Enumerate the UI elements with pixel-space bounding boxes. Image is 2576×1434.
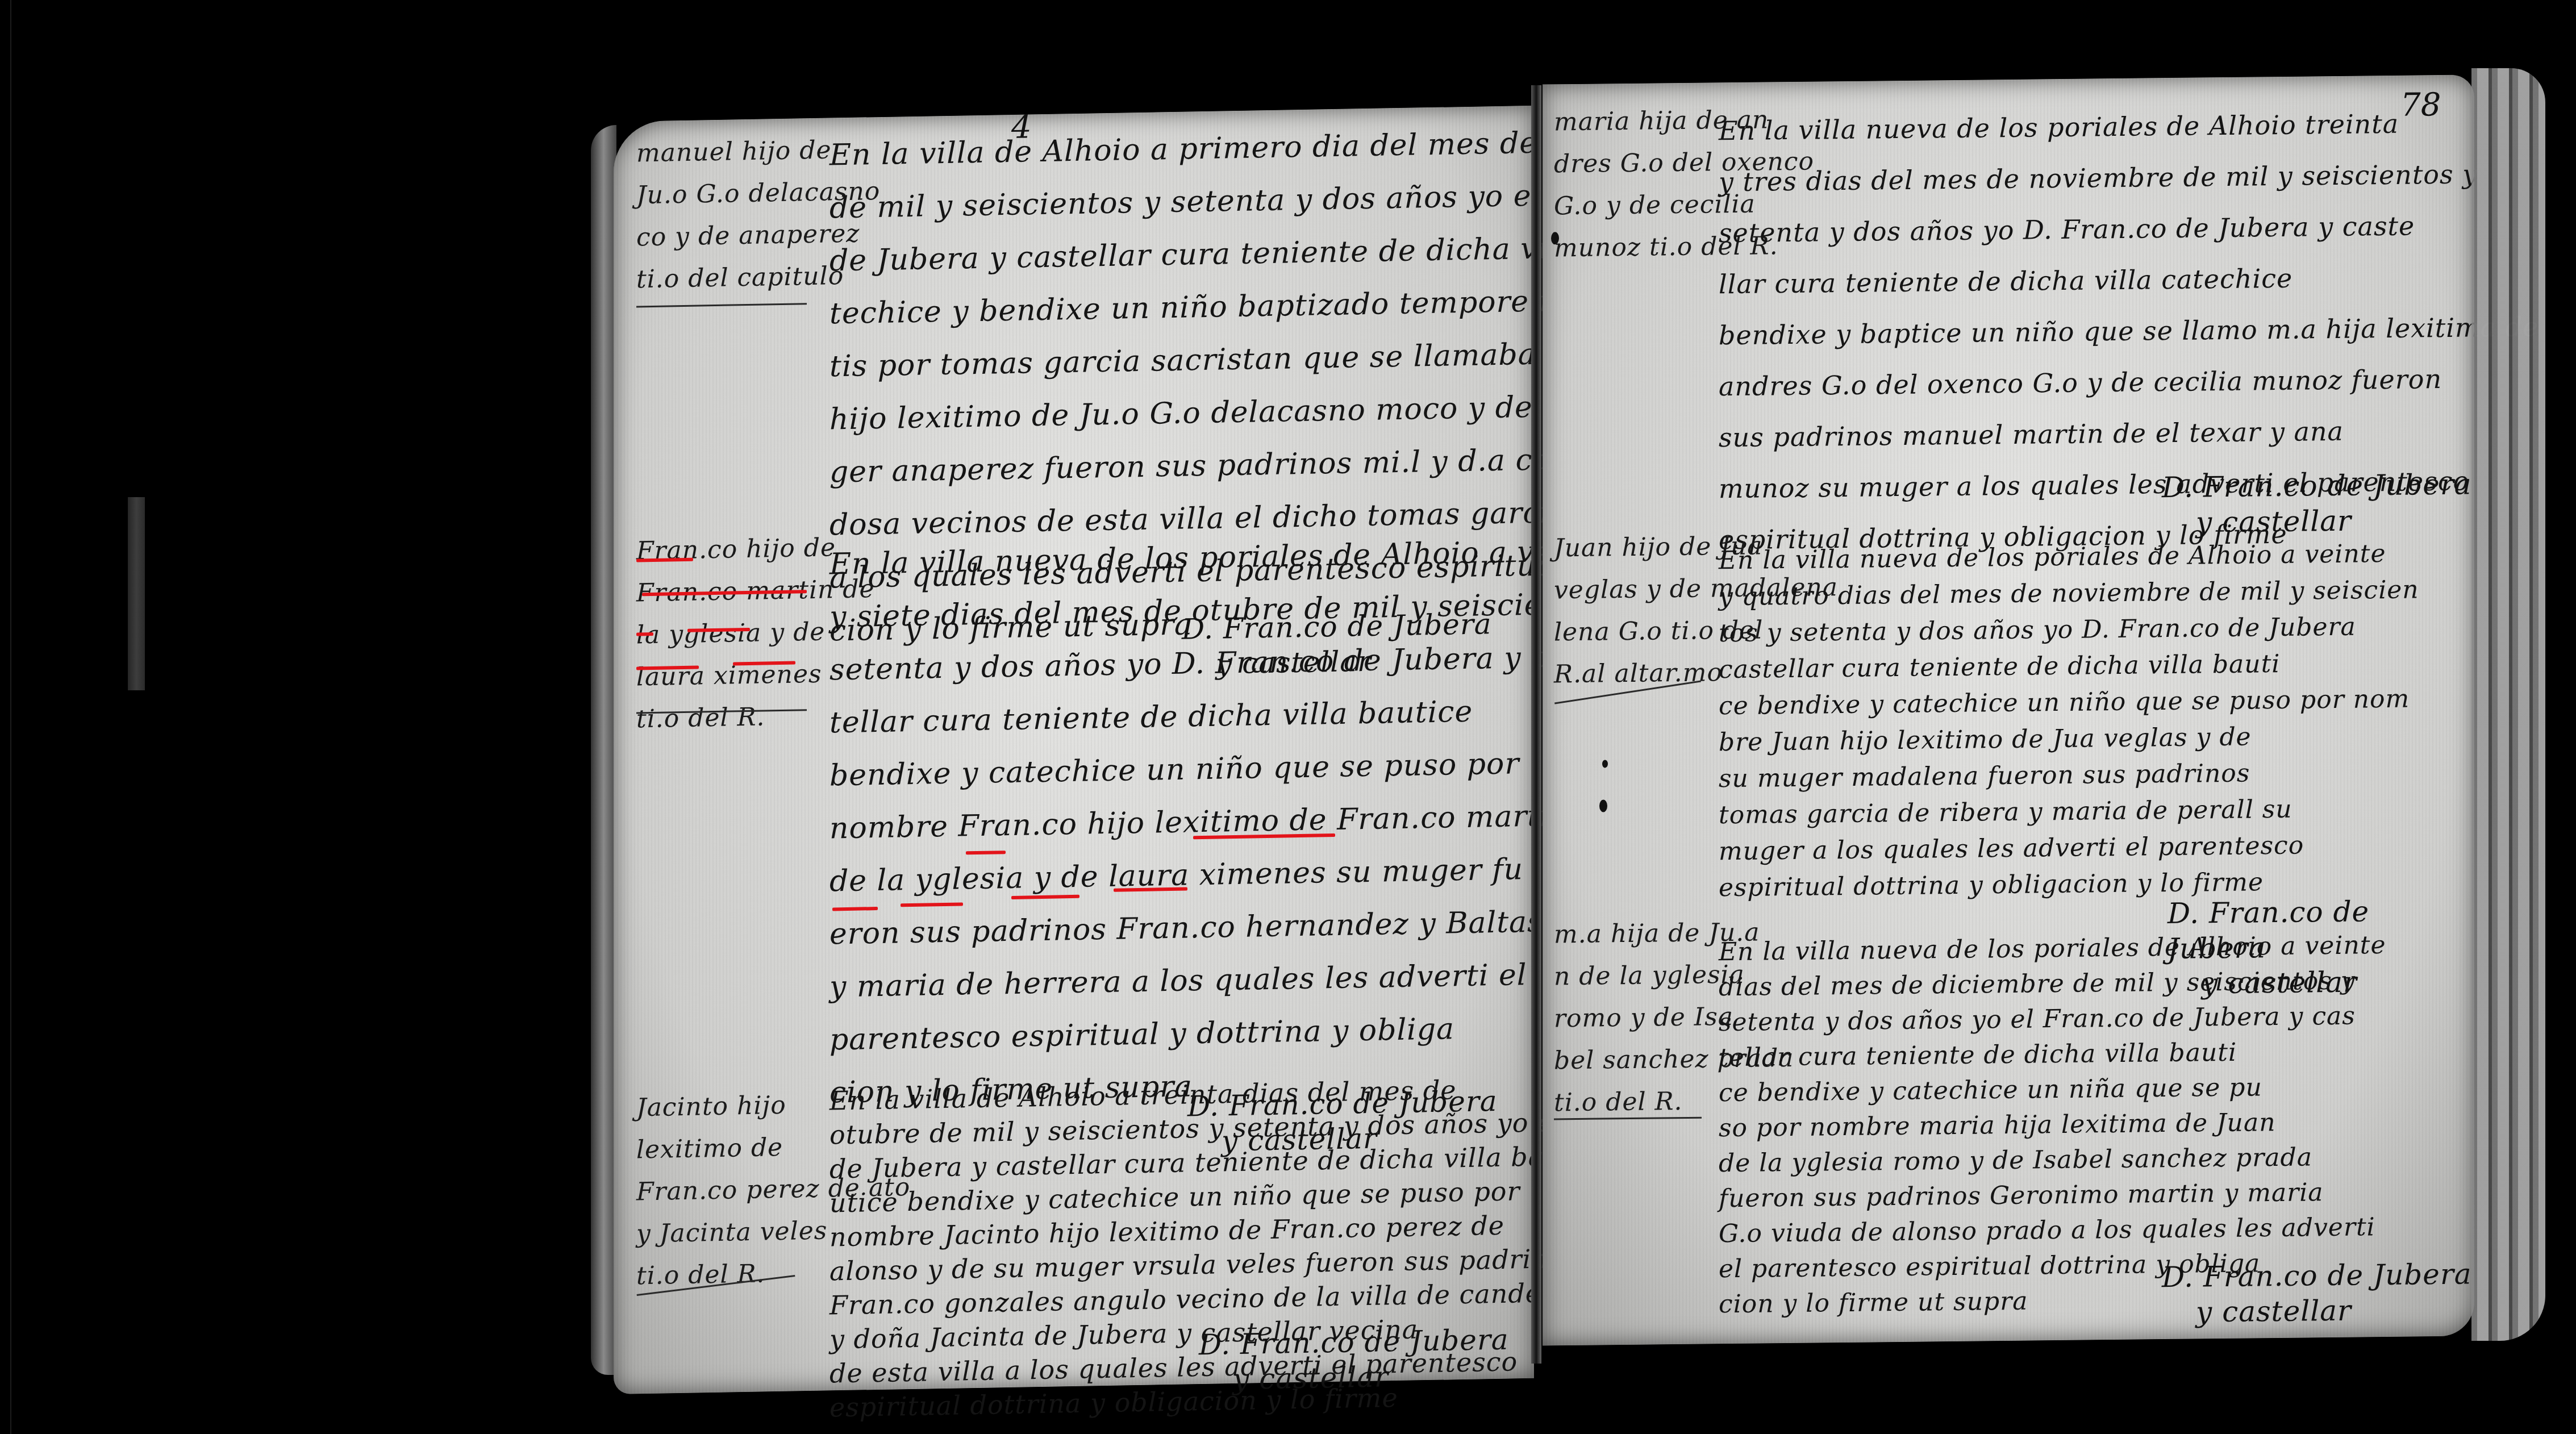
book-gutter: [1531, 85, 1541, 1364]
entry-3-signature: D. Fran.co de Jubera y castellar: [2162, 1256, 2472, 1330]
entry-1-signature: D. Fran.co de Jubera y castellar: [2162, 466, 2472, 540]
right-page: 78 maria hija de an dres G.o del oxenco …: [1543, 74, 2474, 1345]
margin-rule: [636, 303, 807, 307]
red-underline: [966, 851, 1006, 854]
ink-dot: [1599, 799, 1607, 812]
entry-2-text: En la villa nueva de los poriales de Alh…: [1719, 535, 2419, 906]
entry-2-text: En la villa nueva de los poriales de Alh…: [830, 524, 1636, 1120]
page-fore-edge: [2471, 68, 2545, 1341]
red-underline: [636, 632, 653, 636]
left-page: 4 manuel hijo de Ju.o G.o delacasno co y…: [614, 106, 1534, 1394]
scan-background: 4 manuel hijo de Ju.o G.o delacasno co y…: [0, 0, 2576, 1434]
left-cover-edge: [591, 125, 616, 1375]
binding-strip: [128, 497, 145, 690]
register-book: 4 manuel hijo de Ju.o G.o delacasno co y…: [602, 80, 2545, 1386]
ink-dot: [1551, 232, 1559, 244]
scan-border-line: [10, 0, 11, 1434]
entry-3-signature: D. Fran.co de Jubera y castellar: [1199, 1322, 1509, 1398]
ink-dot: [1602, 760, 1608, 768]
